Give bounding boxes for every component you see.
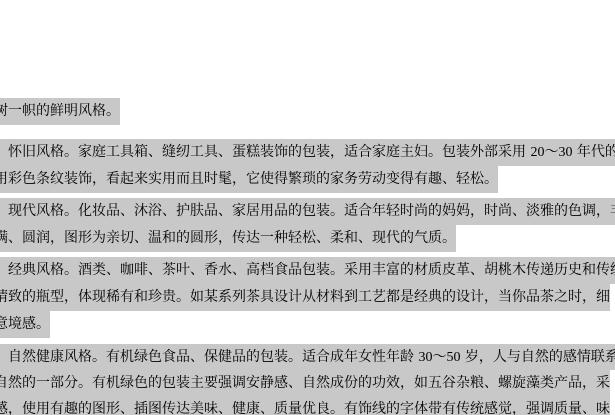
text-line: 自然健康风格。有机绿色食品、保健品的包装。适合成年女性年龄 30～50 岁，人与… xyxy=(0,344,615,370)
text-line: 怀旧风格。家庭工具箱、缝纫工具、蛋糕装饰的包装，适合家庭主妇。包装外部采用 20… xyxy=(0,139,615,166)
highlighted-text: 自然健康风格。有机绿色食品、保健品的包装。适合成年女性年龄 30～50 岁，人与… xyxy=(0,344,615,370)
highlighted-text: 现代风格。化妆品、沐浴、护肤品、家居用品的包装。适合年轻时尚的妈妈，时尚、淡雅的… xyxy=(0,198,615,225)
text-line: 满、圆润，图形为亲切、温和的圆形，传达一种轻松、柔和、现代的气质。 xyxy=(0,225,456,252)
highlighted-text: 经典风格。酒类、咖啡、茶叶、香水、高档食品包装。采用丰富的材质皮革、胡桃木传递历… xyxy=(0,257,615,284)
highlighted-text: 自然的一部分。有机绿色的包装主要强调安静感、自然成份的功效，如五谷杂粮、螺旋藻类… xyxy=(0,370,610,396)
highlighted-text: 感，使用有趣的图形、插图传达美味、健康、质量优良。有饰线的字体带有传统感觉，强调… xyxy=(0,396,610,415)
text-line: 感，使用有趣的图形、插图传达美味、健康、质量优良。有饰线的字体带有传统感觉，强调… xyxy=(0,396,610,415)
text-line: 自然的一部分。有机绿色的包装主要强调安静感、自然成份的功效，如五谷杂粮、螺旋藻类… xyxy=(0,370,610,396)
text-line: 树一帜的鲜明风格。 xyxy=(0,98,120,125)
text-line: 现代风格。化妆品、沐浴、护肤品、家居用品的包装。适合年轻时尚的妈妈，时尚、淡雅的… xyxy=(0,198,615,225)
highlighted-text: 树一帜的鲜明风格。 xyxy=(0,98,120,125)
highlighted-text: 意境感。 xyxy=(0,311,50,338)
highlighted-text: 情致的瓶型，体现稀有和珍贵。如某系列茶具设计从材料到工艺都是经典的设计，当你品茶… xyxy=(0,284,610,311)
text-line: 用彩色条纹装饰，看起来实用而且时髦，它使得繁琐的家务劳动变得有趣、轻松。 xyxy=(0,166,498,193)
text-line: 经典风格。酒类、咖啡、茶叶、香水、高档食品包装。采用丰富的材质皮革、胡桃木传递历… xyxy=(0,257,615,284)
document-page[interactable]: 树一帜的鲜明风格。 怀旧风格。家庭工具箱、缝纫工具、蛋糕装饰的包装，适合家庭主妇… xyxy=(0,0,615,415)
text-line: 情致的瓶型，体现稀有和珍贵。如某系列茶具设计从材料到工艺都是经典的设计，当你品茶… xyxy=(0,284,610,311)
highlighted-text: 怀旧风格。家庭工具箱、缝纫工具、蛋糕装饰的包装，适合家庭主妇。包装外部采用 20… xyxy=(0,139,615,166)
text-line: 意境感。 xyxy=(0,311,50,338)
highlighted-text: 用彩色条纹装饰，看起来实用而且时髦，它使得繁琐的家务劳动变得有趣、轻松。 xyxy=(0,166,498,193)
highlighted-text: 满、圆润，图形为亲切、温和的圆形，传达一种轻松、柔和、现代的气质。 xyxy=(0,225,456,252)
